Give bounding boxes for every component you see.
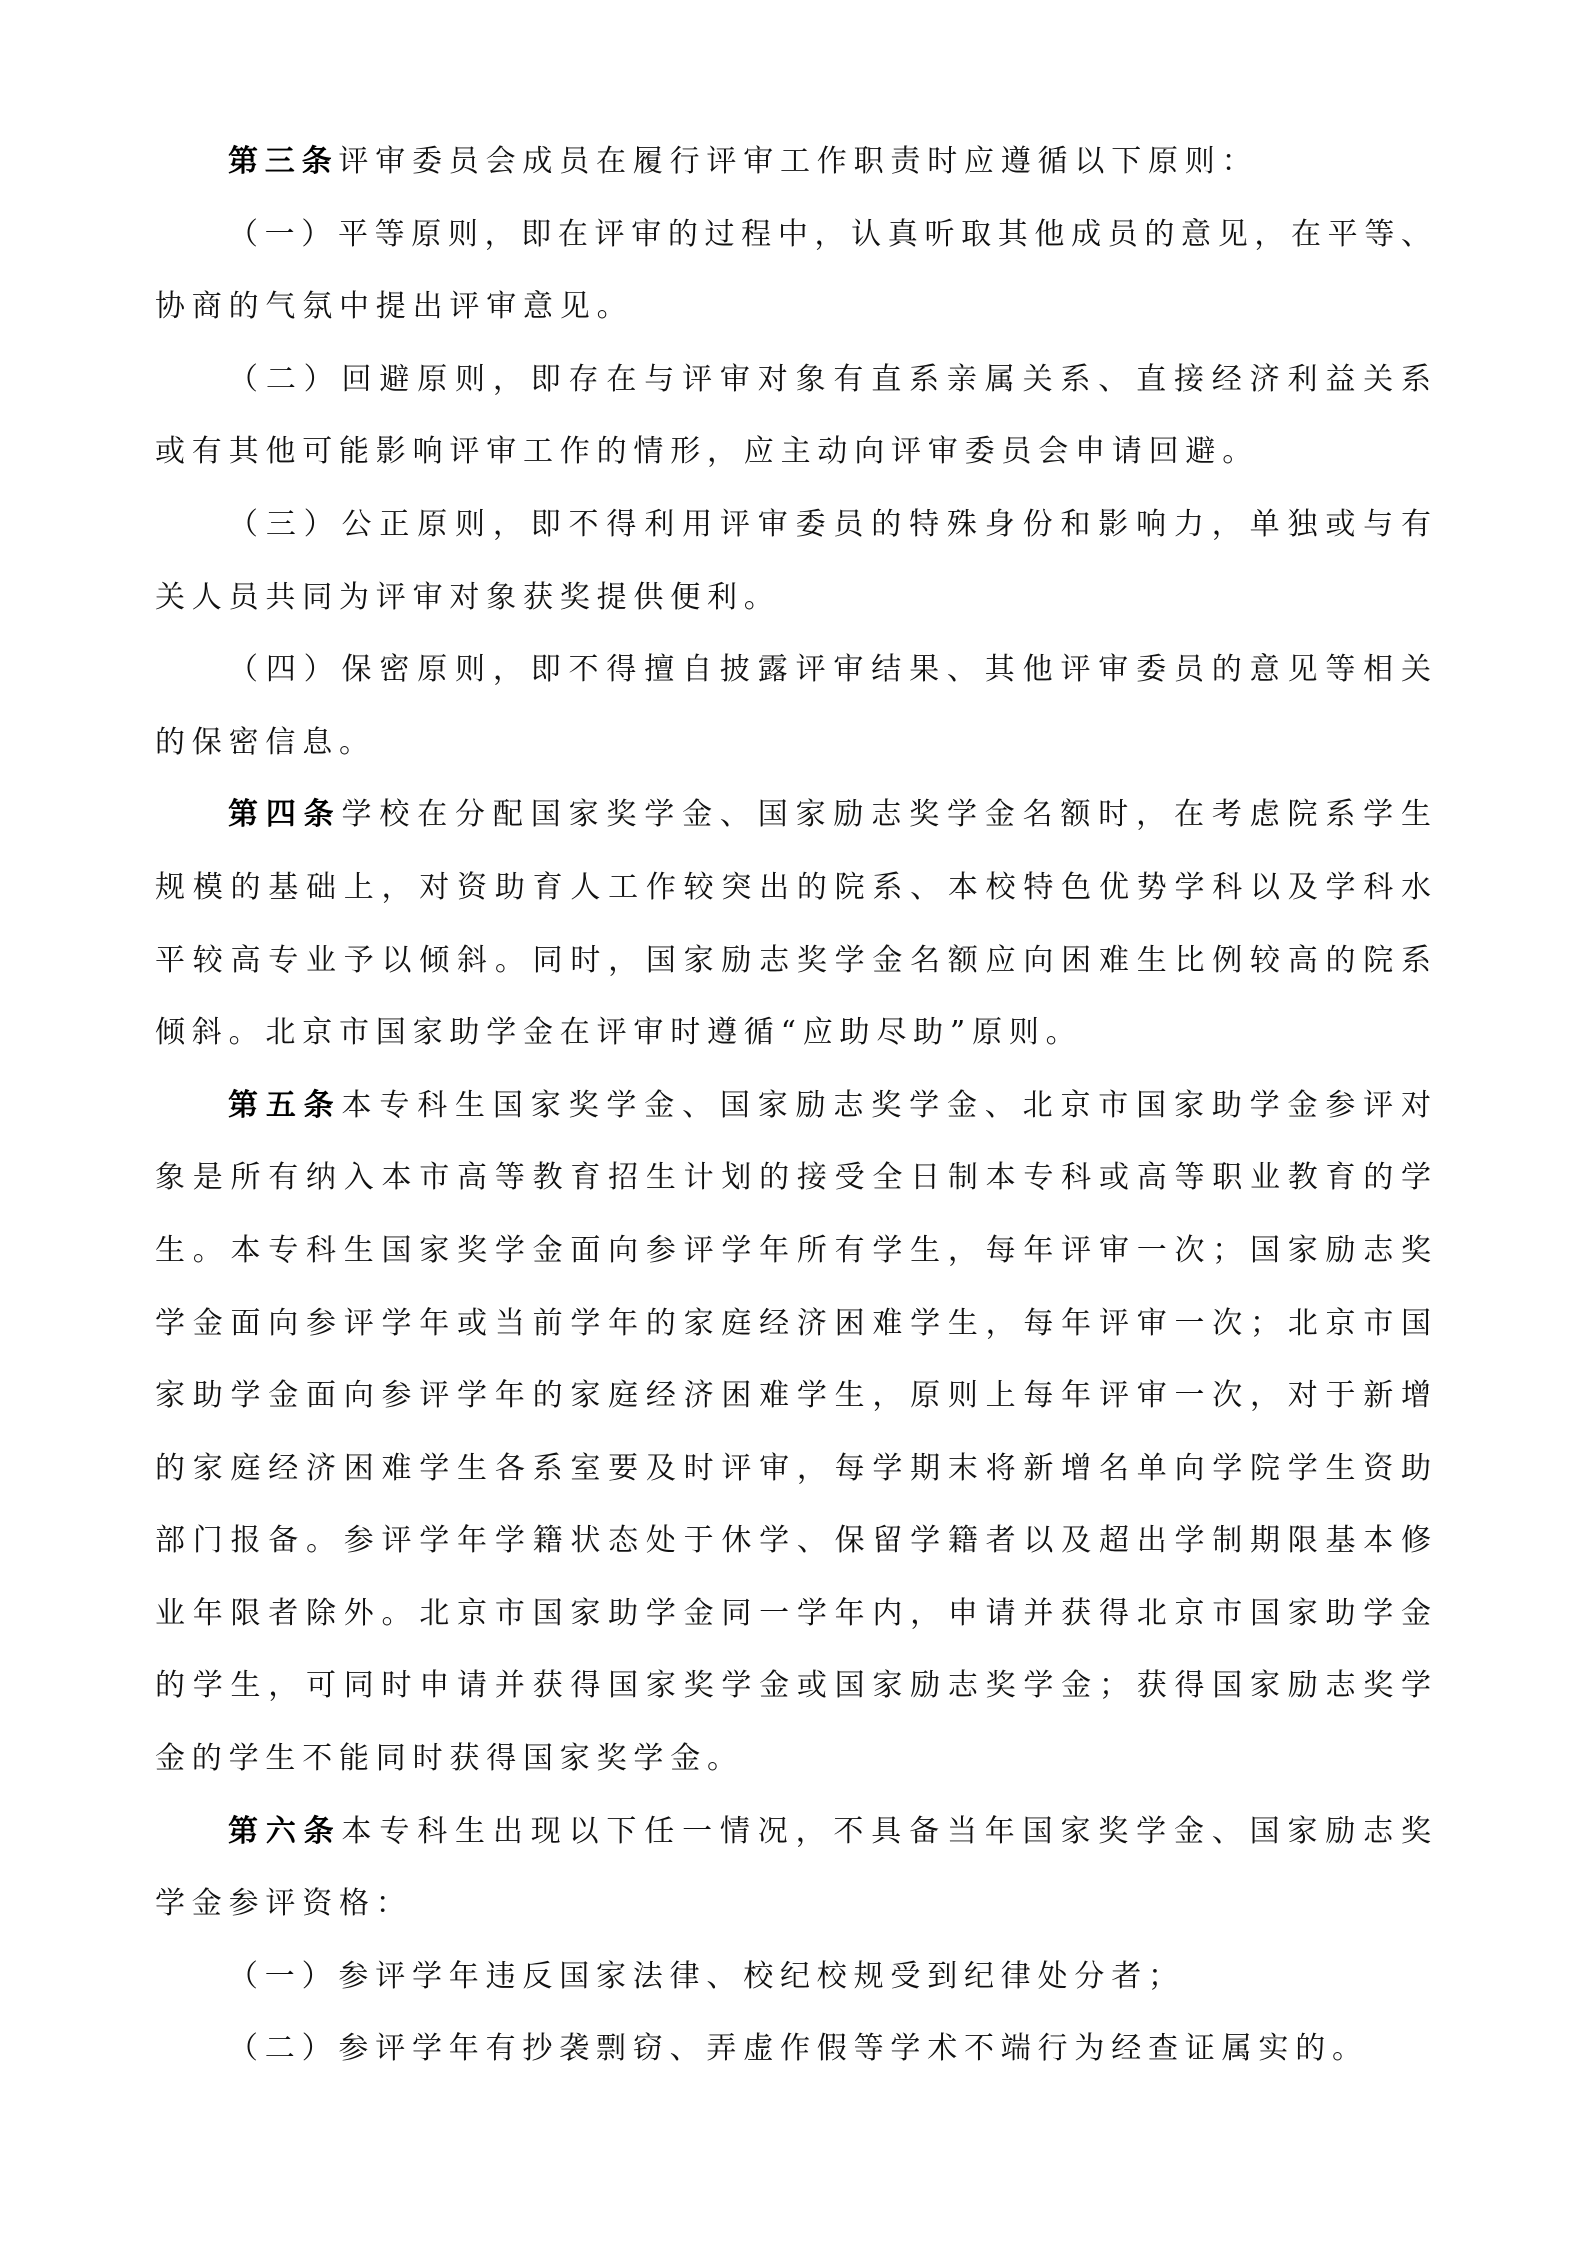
article-4-heading-line: 第四条学校在分配国家奖学金、国家励志奖学金名额时，在考虑院系学生 [155, 779, 1437, 852]
article-6: 第六条本专科生出现以下任一情况，不具备当年国家奖学金、国家励志奖 学金参评资格：… [155, 1796, 1437, 2086]
text-line: 学金面向参评学年或当前学年的家庭经济困难学生，每年评审一次；北京市国 [155, 1288, 1437, 1361]
article-3-item-3: （三）公正原则，即不得利用评审委员的特殊身份和影响力，单独或与有 关人员共同为评… [155, 489, 1437, 634]
text-line: （三）公正原则，即不得利用评审委员的特殊身份和影响力，单独或与有 [155, 489, 1437, 562]
text-line: 业年限者除外。北京市国家助学金同一学年内，申请并获得北京市国家助学金 [155, 1578, 1437, 1651]
article-3-item-2: （二）回避原则，即存在与评审对象有直系亲属关系、直接经济利益关系 或有其他可能影… [155, 344, 1437, 489]
text-line: 的保密信息。 [155, 707, 1437, 780]
article-4: 第四条学校在分配国家奖学金、国家励志奖学金名额时，在考虑院系学生 规模的基础上，… [155, 779, 1437, 1069]
text-line: 规模的基础上，对资助育人工作较突出的院系、本校特色优势学科以及学科水 [155, 852, 1437, 925]
text-line: 协商的气氛中提出评审意见。 [155, 271, 1437, 344]
article-label: 第三条 [228, 144, 338, 179]
text-line: 的学生，可同时申请并获得国家奖学金或国家励志奖学金；获得国家励志奖学 [155, 1650, 1437, 1723]
document-page: 第三条评审委员会成员在履行评审工作职责时应遵循以下原则： （一）平等原则，即在评… [0, 0, 1587, 2245]
text-line: （四）保密原则，即不得擅自披露评审结果、其他评审委员的意见等相关 [155, 634, 1437, 707]
article-3-item-4: （四）保密原则，即不得擅自披露评审结果、其他评审委员的意见等相关 的保密信息。 [155, 634, 1437, 779]
text-line: 倾斜。北京市国家助学金在评审时遵循“应助尽助”原则。 [155, 997, 1437, 1070]
text-line: 象是所有纳入本市高等教育招生计划的接受全日制本专科或高等职业教育的学 [155, 1142, 1437, 1215]
article-5: 第五条本专科生国家奖学金、国家励志奖学金、北京市国家助学金参评对 象是所有纳入本… [155, 1070, 1437, 1796]
text-line: 金的学生不能同时获得国家奖学金。 [155, 1723, 1437, 1796]
text-line: （二）回避原则，即存在与评审对象有直系亲属关系、直接经济利益关系 [155, 344, 1437, 417]
article-text: 本专科生国家奖学金、国家励志奖学金、北京市国家助学金参评对 [342, 1088, 1437, 1123]
article-3: 第三条评审委员会成员在履行评审工作职责时应遵循以下原则： （一）平等原则，即在评… [155, 126, 1437, 779]
text-line: 部门报备。参评学年学籍状态处于休学、保留学籍者以及超出学制期限基本修 [155, 1505, 1437, 1578]
article-5-heading-line: 第五条本专科生国家奖学金、国家励志奖学金、北京市国家助学金参评对 [155, 1070, 1437, 1143]
article-6-item-2: （二）参评学年有抄袭剽窃、弄虚作假等学术不端行为经查证属实的。 [155, 2013, 1437, 2086]
article-label: 第五条 [228, 1088, 342, 1123]
text-line: 家助学金面向参评学年的家庭经济困难学生，原则上每年评审一次，对于新增 [155, 1360, 1437, 1433]
article-text: 学校在分配国家奖学金、国家励志奖学金名额时，在考虑院系学生 [342, 797, 1437, 832]
text-line: 平较高专业予以倾斜。同时，国家励志奖学金名额应向困难生比例较高的院系 [155, 925, 1437, 998]
article-label: 第四条 [228, 797, 342, 832]
text-line: 学金参评资格： [155, 1868, 1437, 1941]
article-3-item-1: （一）平等原则，即在评审的过程中，认真听取其他成员的意见，在平等、 协商的气氛中… [155, 199, 1437, 344]
article-text: 本专科生出现以下任一情况，不具备当年国家奖学金、国家励志奖 [342, 1814, 1437, 1849]
text-line: 关人员共同为评审对象获奖提供便利。 [155, 562, 1437, 635]
article-text: 评审委员会成员在履行评审工作职责时应遵循以下原则： [338, 144, 1258, 179]
text-line: （一）平等原则，即在评审的过程中，认真听取其他成员的意见，在平等、 [155, 199, 1437, 272]
text-line: 的家庭经济困难学生各系室要及时评审，每学期末将新增名单向学院学生资助 [155, 1433, 1437, 1506]
article-label: 第六条 [228, 1814, 342, 1849]
article-6-item-1: （一）参评学年违反国家法律、校纪校规受到纪律处分者； [155, 1941, 1437, 2014]
text-line: 或有其他可能影响评审工作的情形，应主动向评审委员会申请回避。 [155, 416, 1437, 489]
article-6-heading-line: 第六条本专科生出现以下任一情况，不具备当年国家奖学金、国家励志奖 [155, 1796, 1437, 1869]
text-line: 生。本专科生国家奖学金面向参评学年所有学生，每年评审一次；国家励志奖 [155, 1215, 1437, 1288]
document-body: 第三条评审委员会成员在履行评审工作职责时应遵循以下原则： （一）平等原则，即在评… [155, 126, 1437, 2086]
article-3-heading-line: 第三条评审委员会成员在履行评审工作职责时应遵循以下原则： [155, 126, 1437, 199]
